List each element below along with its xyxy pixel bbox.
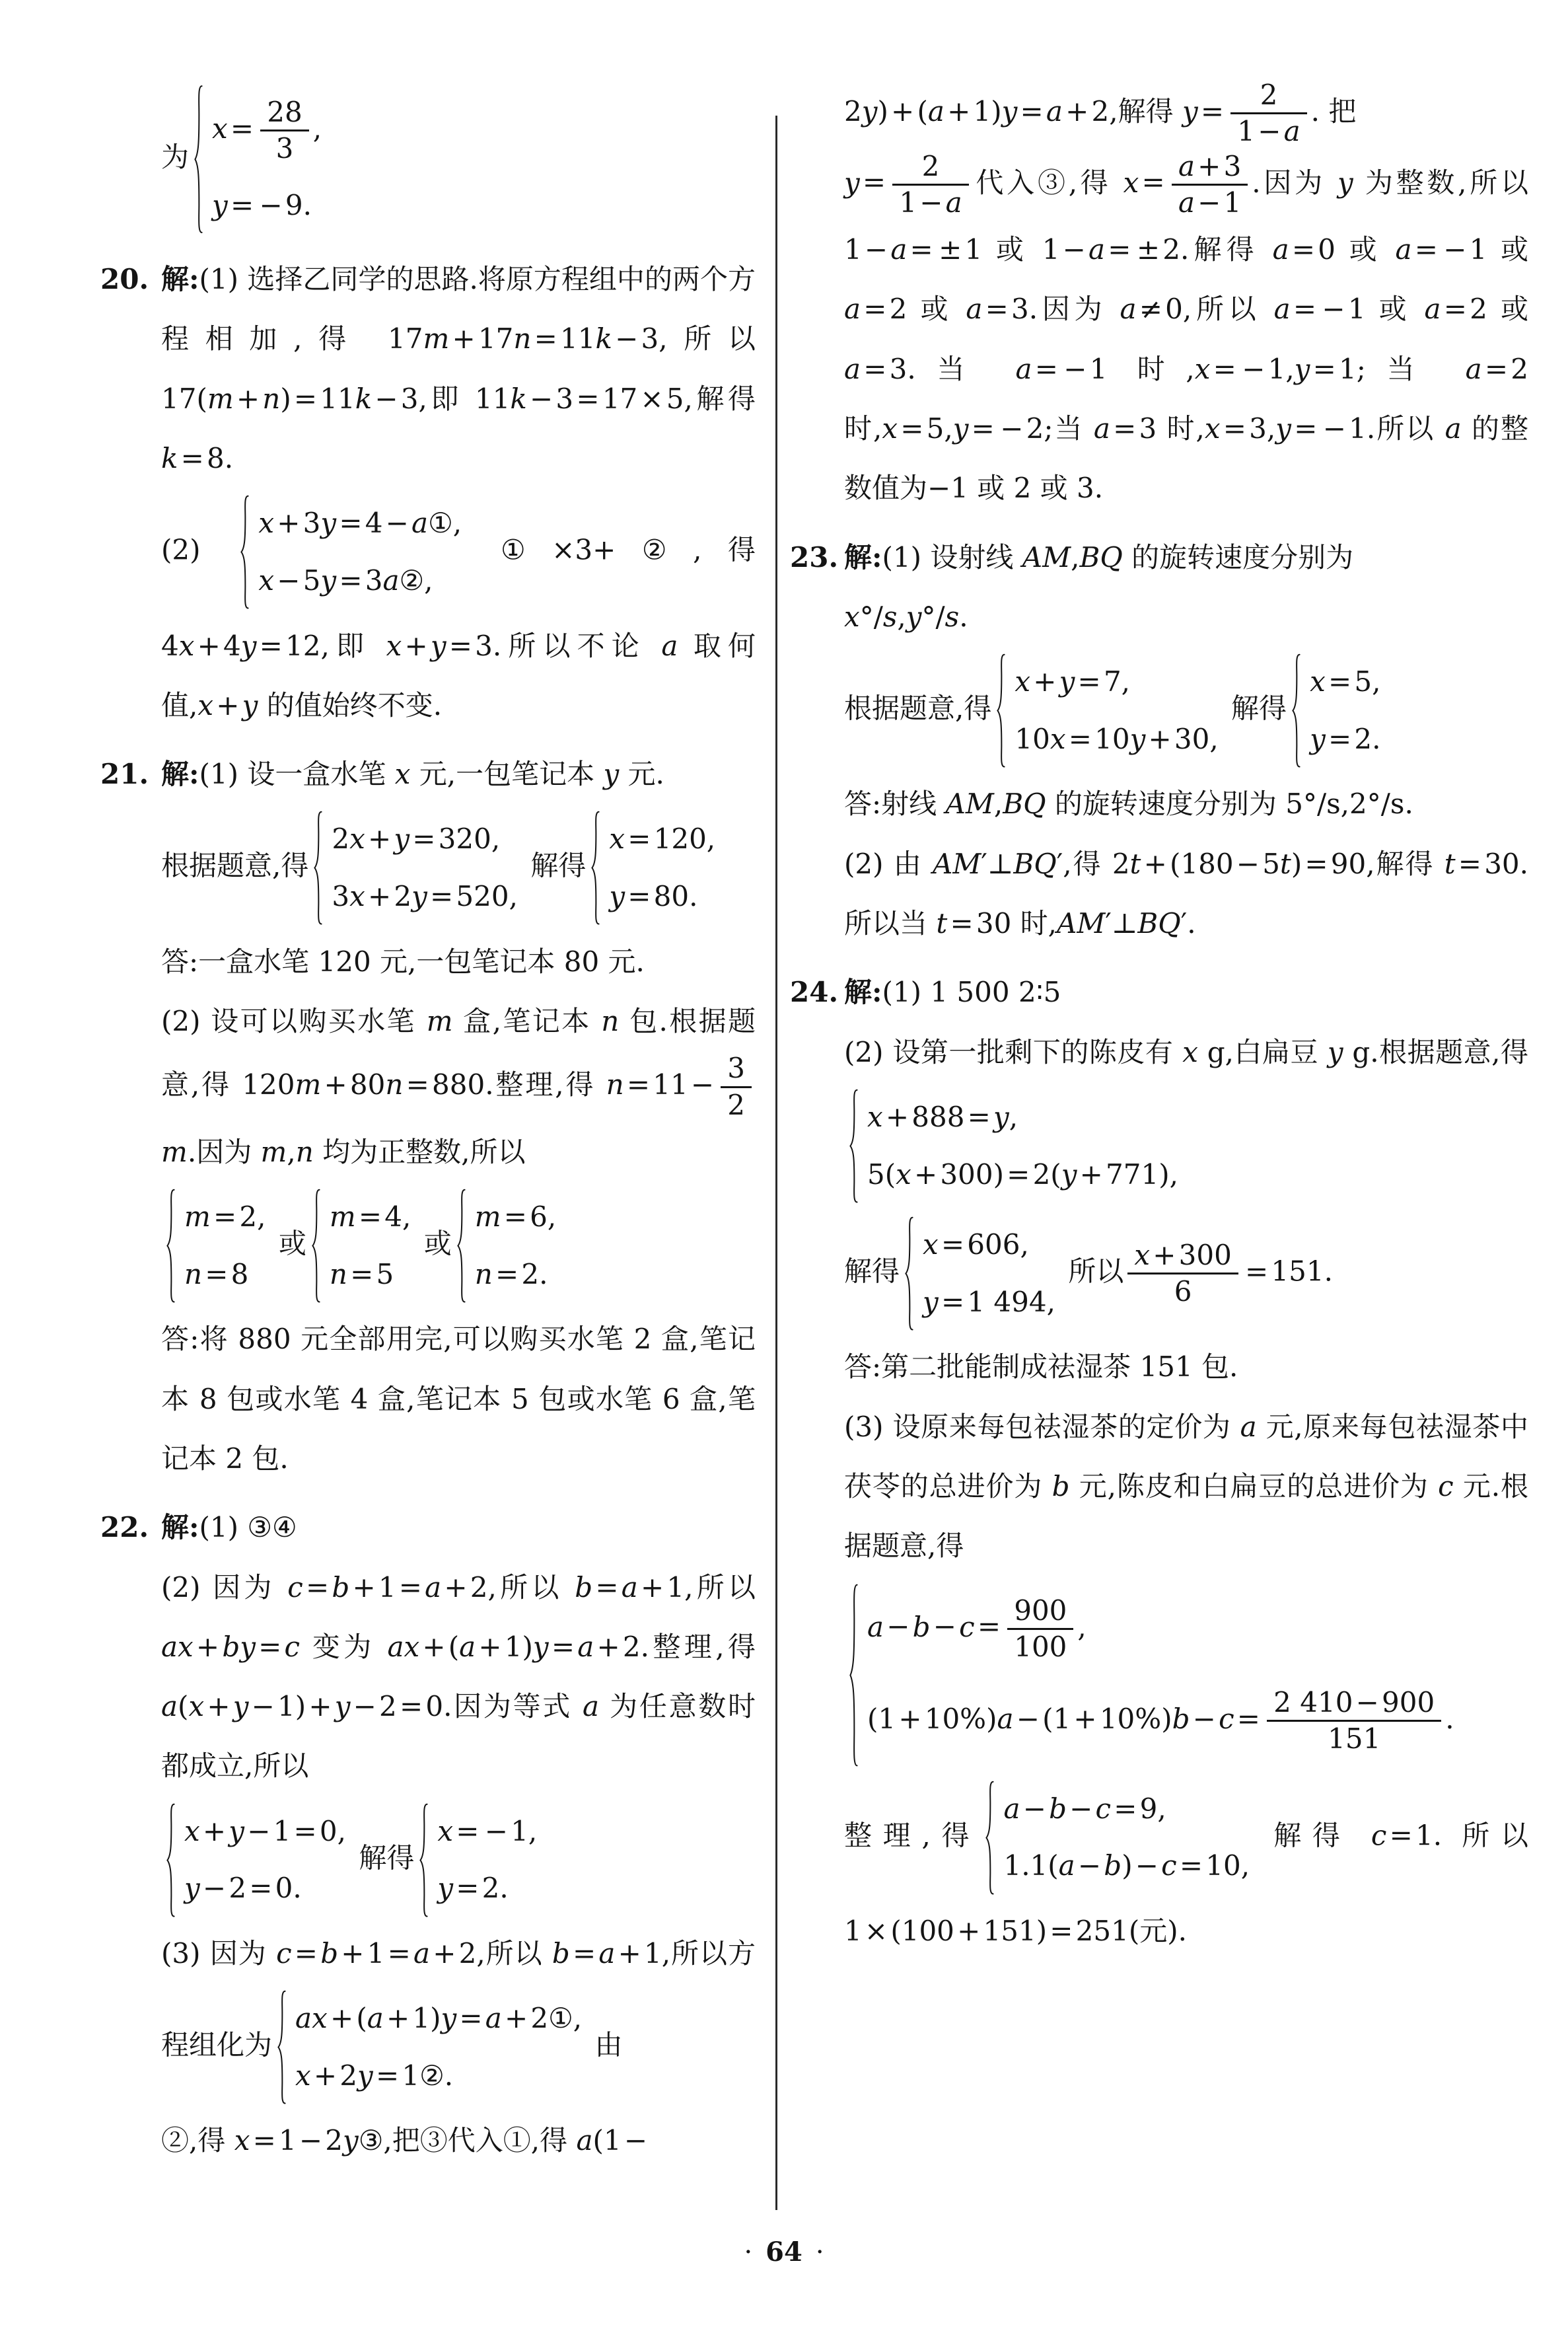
math-run: 1.1(a−b)−c=10, xyxy=(1003,1849,1250,1882)
math-run: m=6, xyxy=(475,1200,557,1233)
math-run: n xyxy=(601,1005,619,1037)
math-run: y=−9. xyxy=(212,189,312,221)
math-run: x=−1,y=1; xyxy=(1195,353,1366,385)
footer-dot-right: · xyxy=(809,2237,831,2268)
equation-row: x=5, xyxy=(1310,653,1380,711)
math-run: y=2. xyxy=(437,1872,508,1904)
math-run: n=11− xyxy=(606,1068,717,1101)
math-run: y= xyxy=(1182,95,1227,128)
math-run: 17(m+n)=11k−3 xyxy=(161,383,419,415)
math-run: ax+(a+1)y=a+2. xyxy=(387,1631,649,1663)
text-run: 解得 xyxy=(350,1841,414,1874)
math-run: k=8. xyxy=(161,442,233,474)
left-brace-icon xyxy=(312,811,324,925)
problem-number: 21. xyxy=(100,745,149,804)
text-run: 根据题意,得 xyxy=(161,850,308,882)
left-brace-icon xyxy=(848,1089,859,1203)
math-run: x xyxy=(1182,1036,1198,1068)
equation-row: x+3y=4−a①, xyxy=(258,495,462,552)
solution-block-20: 20.解:(1) 选择乙同学的思路.将原方程组中的两个方程相加,得 17m+17… xyxy=(100,250,756,735)
text-run: 元,一包笔记本 xyxy=(410,758,603,790)
text-run: 解得 xyxy=(1254,1819,1371,1851)
text-run: 或 xyxy=(907,293,966,325)
math-run: y=80. xyxy=(609,880,697,912)
column-divider xyxy=(775,116,777,2210)
equation-row: x=120, xyxy=(609,811,715,868)
equation-row: x=606, xyxy=(923,1216,1055,1274)
math-run: c=1. xyxy=(1371,1819,1442,1851)
text-run: (3) 设原来每包祛湿茶的定价为 xyxy=(844,1411,1240,1443)
equation-row: x+y−1=0, xyxy=(184,1803,346,1861)
equation-system: m=2,n=8 xyxy=(165,1189,266,1303)
equation-row: y=2. xyxy=(437,1860,537,1917)
solution-keyword: 解: xyxy=(844,976,882,1008)
math-run: b xyxy=(1052,1470,1070,1502)
math-run: a=3. xyxy=(844,353,916,385)
math-run: x=3,y=−1. xyxy=(1205,412,1375,445)
math-run: a=2 xyxy=(1425,293,1487,325)
math-run: y xyxy=(603,758,619,790)
math-run: AM,BQ xyxy=(946,788,1046,820)
math-run: a(1− xyxy=(576,2124,650,2157)
text-run: 代入③,得 xyxy=(973,166,1123,198)
equation-system: x=120,y=80. xyxy=(590,811,715,925)
text-run: 答:将 880 元全部用完,可以购买水笔 2 盒,笔记本 8 包或水笔 4 盒,… xyxy=(161,1323,756,1475)
solution-keyword: 解: xyxy=(161,1511,199,1543)
left-column: 为x=283,y=−9.20.解:(1) 选择乙同学的思路.将原方程组中的两个方… xyxy=(100,78,756,2180)
text-run: 元,陈皮和白扁豆的总进价为 xyxy=(1069,1470,1438,1502)
math-run: x−5y=3a xyxy=(258,564,399,597)
text-run: 盒,笔记本 xyxy=(453,1005,602,1037)
fraction: x+3006 xyxy=(1127,1238,1238,1310)
math-run: 120m+80n=880. xyxy=(242,1068,493,1101)
left-brace-icon xyxy=(1291,653,1302,768)
text-run: ,所以 xyxy=(488,1571,575,1604)
text-run: ③,把③代入①,得 xyxy=(359,2124,577,2157)
equation-system: x+y=7,10x=10y+30, xyxy=(995,653,1218,768)
fraction: a+3a−1 xyxy=(1172,149,1248,221)
page-number: 64 xyxy=(759,2236,809,2268)
text-run: (1) 设射线 xyxy=(882,541,1022,573)
text-run: 解得 xyxy=(522,850,586,882)
text-run: 答:第二批能制成祛湿茶 151 包. xyxy=(844,1350,1238,1383)
solution-block-23: 23.解:(1) 设射线 AM,BQ 的旋转速度分别为x°/s,y°/s.根据题… xyxy=(790,528,1528,954)
equation-row: x−5y=3a②, xyxy=(258,552,462,610)
math-run: 2y)+(a+1)y=a+2 xyxy=(844,95,1109,128)
footer-dot-left: · xyxy=(737,2237,759,2268)
text-run: (1) 设一盒水笔 xyxy=(199,758,395,790)
text-run: ②. xyxy=(419,2059,453,2092)
text-run: 为 xyxy=(161,141,189,173)
math-run: b=a+1 xyxy=(552,1937,662,1970)
text-run: 因为 xyxy=(196,1136,260,1168)
text-run: 因为 xyxy=(1038,293,1120,325)
math-run: x+3y=4−a xyxy=(258,507,428,539)
equation-row: y=80. xyxy=(609,868,715,926)
math-run: a=−1 xyxy=(1015,353,1107,385)
equation-row: 1.1(a−b)−c=10, xyxy=(1003,1837,1250,1895)
text-run: ①, xyxy=(548,2002,582,2034)
equation-row: y=−9. xyxy=(212,177,322,235)
text-run: ,所以 xyxy=(476,1937,552,1970)
text-run: 根据题意,得 xyxy=(844,692,991,725)
left-brace-icon xyxy=(984,1781,995,1895)
equation-row: n=2. xyxy=(475,1246,557,1304)
math-run: a=2 xyxy=(844,293,907,325)
text-run: ,解得 xyxy=(1109,95,1182,128)
math-run: x=1−2y xyxy=(234,2124,359,2157)
math-run: AM,BQ xyxy=(1022,541,1123,573)
math-run: x=120, xyxy=(609,823,715,855)
text-run: ②,得 xyxy=(161,2124,234,2157)
math-run: , xyxy=(313,112,322,145)
problem-number: 22. xyxy=(100,1498,149,1557)
equation-row: a−b−c=900100, xyxy=(867,1583,1454,1676)
solution-keyword: 解: xyxy=(161,758,199,790)
text-run: 为整数,所以 xyxy=(1353,166,1528,198)
equation-row: x=−1, xyxy=(437,1803,537,1861)
text-run: 当 xyxy=(1366,353,1466,385)
math-run: . xyxy=(1445,1703,1454,1735)
equation-row: 5(x+300)=2(y+771), xyxy=(867,1146,1178,1204)
equation-row: x+y=7, xyxy=(1015,653,1218,711)
text-run: ,得 xyxy=(1063,848,1112,880)
math-run: y=1 494, xyxy=(923,1286,1055,1318)
text-run: 答:一盒水笔 120 元,一包笔记本 80 元. xyxy=(161,945,645,978)
equation-system: a−b−c=9,1.1(a−b)−c=10, xyxy=(984,1781,1250,1895)
equation-system: 2x+y=320,3x+2y=520, xyxy=(312,811,518,925)
text-run: 因为 xyxy=(1261,166,1337,198)
math-run: =151. xyxy=(1242,1255,1333,1288)
fraction: 2 410−900151 xyxy=(1267,1685,1441,1757)
text-run: g,白扁豆 xyxy=(1198,1036,1328,1068)
math-run: 17m+17n=11k−3 xyxy=(388,322,659,355)
math-run: c=b+1=a+2 xyxy=(276,1937,476,1970)
right-column: 2y)+(a+1)y=a+2,解得 y=21−a. 把y=21−a代入③,得 x… xyxy=(790,78,1528,1970)
math-run: (1+10%)a−(1+10%)b−c= xyxy=(867,1703,1263,1735)
equation-row: x+2y=1②. xyxy=(295,2048,582,2105)
equation-system: x+888=y,5(x+300)=2(y+771), xyxy=(848,1089,1178,1203)
math-run: x xyxy=(395,758,411,790)
math-run: 4x+4y=12 xyxy=(161,630,321,662)
equation-row: 2x+y=320, xyxy=(332,811,518,868)
fraction: 283 xyxy=(260,95,308,166)
math-run: c=b+1=a+2 xyxy=(287,1571,487,1604)
math-run: a−b−c=9, xyxy=(1003,1792,1166,1825)
math-run: AM′⊥BQ′ xyxy=(933,848,1063,880)
text-run: ①, xyxy=(428,507,462,539)
left-brace-icon xyxy=(239,495,250,609)
fraction: 21−a xyxy=(892,149,968,221)
math-run: x°/s,y°/s. xyxy=(844,601,968,633)
equation-row: m=6, xyxy=(475,1189,557,1246)
text-run: 时, xyxy=(1157,412,1205,445)
math-run: x= xyxy=(212,112,256,145)
math-run: m=4, xyxy=(330,1200,411,1233)
math-run: 1−a=±1 xyxy=(844,233,982,266)
text-run: 答:射线 xyxy=(844,788,946,820)
fraction: 21−a xyxy=(1230,78,1306,149)
equation-row: n=8 xyxy=(184,1246,266,1304)
equation-row: 3x+2y=520, xyxy=(332,868,518,926)
text-run: 当 xyxy=(916,353,1016,385)
text-run: 时, xyxy=(1107,353,1194,385)
math-run: m. xyxy=(161,1136,196,1168)
text-run: 所以 xyxy=(1375,412,1444,445)
equation-system: x=283,y=−9. xyxy=(193,85,322,234)
equation-system: ax+(a+1)y=a+2①,x+2y=1②. xyxy=(276,1990,582,2104)
fraction: 32 xyxy=(721,1051,752,1123)
answer-page: 为x=283,y=−9.20.解:(1) 选择乙同学的思路.将原方程组中的两个方… xyxy=(0,0,1568,2325)
equation-row: (1+10%)a−(1+10%)b−c=2 410−900151. xyxy=(867,1675,1454,1767)
text-run: 把 xyxy=(1320,95,1356,128)
text-run: 由 xyxy=(586,2029,622,2061)
text-run: ,所以 xyxy=(684,1571,756,1604)
equation-system: x=−1,y=2. xyxy=(418,1803,537,1917)
equation-system: x+y−1=0,y−2=0. xyxy=(165,1803,346,1917)
text-run: 变为 xyxy=(300,1631,387,1663)
left-brace-icon xyxy=(418,1803,429,1917)
text-run: 解得 xyxy=(844,1255,900,1288)
math-run: x=5,y=−2; xyxy=(882,412,1053,445)
equation-row: x=283, xyxy=(212,85,322,177)
math-run: a xyxy=(583,1690,599,1722)
math-run: x+y=3. xyxy=(386,630,502,662)
math-run: m=2, xyxy=(184,1200,266,1233)
math-run: y xyxy=(1328,1036,1343,1068)
math-run: x+y xyxy=(197,689,258,721)
text-run: (2) 设第一批剩下的陈皮有 xyxy=(844,1036,1182,1068)
equation-system: m=6,n=2. xyxy=(456,1189,557,1303)
left-brace-icon xyxy=(165,1189,176,1303)
text-run: 所以当 xyxy=(844,907,936,940)
fraction: 900100 xyxy=(1007,1594,1073,1665)
math-run: x=606, xyxy=(923,1228,1029,1261)
text-run: ,所以 xyxy=(1183,293,1274,325)
text-run: 均为正整数,所以 xyxy=(314,1136,526,1168)
continuation-block: 为x=283,y=−9. xyxy=(100,78,756,240)
text-run: 或 xyxy=(1487,233,1528,266)
equation-row: n=5 xyxy=(330,1246,411,1304)
math-run: a=3 xyxy=(1094,412,1157,445)
continuation-block: 2y)+(a+1)y=a+2,解得 y=21−a. 把y=21−a代入③,得 x… xyxy=(790,78,1528,519)
math-run: 1×(100+151)=251 xyxy=(844,1915,1129,1947)
math-run: a xyxy=(1240,1411,1257,1443)
text-run: (2) 由 xyxy=(844,848,933,880)
equation-row: x+888=y, xyxy=(867,1089,1178,1146)
math-run: . xyxy=(1311,95,1320,128)
text-run: 因为等式 xyxy=(452,1690,583,1722)
left-brace-icon xyxy=(848,1583,859,1767)
text-run: 解得 xyxy=(1189,233,1272,266)
equation-row: ax+(a+1)y=a+2①, xyxy=(295,1990,582,2048)
text-run: 时, xyxy=(1011,907,1057,940)
math-run: 10x=10y+30, xyxy=(1015,723,1218,755)
text-run: 或 xyxy=(982,233,1042,266)
text-run: ,即 xyxy=(321,630,386,662)
text-run: 元. xyxy=(619,758,664,790)
math-run: x+888=y, xyxy=(867,1101,1018,1133)
math-run: t=30 xyxy=(936,907,1011,940)
solution-keyword: 解: xyxy=(161,263,199,295)
solution-block-22: 22.解:(1) ③④(2) 因为 c=b+1=a+2,所以 b=a+1,所以 … xyxy=(100,1498,756,2170)
text-run: 或 xyxy=(1487,293,1528,325)
text-run: (2) 因为 xyxy=(161,1571,287,1604)
math-run: AM′⊥BQ′. xyxy=(1057,907,1196,940)
left-brace-icon xyxy=(904,1216,915,1331)
text-run: 所以 xyxy=(1442,1819,1528,1851)
problem-number: 20. xyxy=(100,250,149,309)
text-run: ,解得 xyxy=(684,383,756,415)
math-run: a=−1 xyxy=(1274,293,1366,325)
math-run: x=5, xyxy=(1310,665,1380,698)
left-brace-icon xyxy=(193,85,204,234)
text-run: (3) 因为 xyxy=(161,1937,276,1970)
math-run: a(x+y−1)+y−2=0. xyxy=(161,1690,452,1722)
left-brace-icon xyxy=(456,1189,467,1303)
text-run: 或 xyxy=(270,1228,306,1260)
equation-row: y=1 494, xyxy=(923,1274,1055,1331)
text-run: ,解得 xyxy=(1366,848,1444,880)
math-run: n=2. xyxy=(475,1258,548,1290)
math-run: ax+(a+1)y=a+2 xyxy=(295,2002,548,2034)
text-run: 整理,得 xyxy=(649,1631,756,1663)
equation-system: a−b−c=900100,(1+10%)a−(1+10%)b−c=2 410−9… xyxy=(848,1583,1454,1767)
equation-system: x=5,y=2. xyxy=(1291,653,1380,768)
math-run: a=0 xyxy=(1273,233,1336,266)
text-run: 的旋转速度分别为 xyxy=(1123,541,1353,573)
math-run: . xyxy=(1252,166,1260,198)
text-run: 或 xyxy=(1366,293,1425,325)
left-brace-icon xyxy=(310,1189,322,1303)
math-run: y xyxy=(1337,166,1353,198)
text-run: (2) 设可以购买水笔 xyxy=(161,1005,427,1037)
text-run: ,即 xyxy=(419,383,475,415)
solution-keyword: 解: xyxy=(844,541,882,573)
text-run: g.根据题意,得 xyxy=(1343,1036,1528,1068)
text-run: 或 xyxy=(415,1228,451,1260)
text-run: 当 xyxy=(1053,412,1094,445)
text-run: ①×3+②,得 xyxy=(466,534,756,566)
text-run: 或 xyxy=(1336,233,1395,266)
math-run: m xyxy=(427,1005,453,1037)
math-run: y=2. xyxy=(1310,723,1380,755)
text-run: 所以不论 xyxy=(501,630,661,662)
problem-number: 23. xyxy=(790,528,838,587)
equation-row: y−2=0. xyxy=(184,1860,346,1917)
math-run: a−b−c= xyxy=(867,1610,1003,1642)
math-run: x+2y=1 xyxy=(295,2059,419,2092)
math-run: x+y=7, xyxy=(1015,665,1130,698)
text-run: 的旋转速度分别为 5°/s,2°/s. xyxy=(1046,788,1413,820)
math-run: a≠0 xyxy=(1120,293,1182,325)
math-run: b=a+1 xyxy=(575,1571,684,1604)
math-run: a=−1 xyxy=(1395,233,1487,266)
text-run: (1) 1 500 2∶5 xyxy=(882,976,1061,1008)
equation-system: m=4,n=5 xyxy=(310,1189,411,1303)
math-run: n=5 xyxy=(330,1258,394,1290)
math-run: 3x+2y=520, xyxy=(332,880,518,912)
solution-block-21: 21.解:(1) 设一盒水笔 x 元,一包笔记本 y 元.根据题意,得2x+y=… xyxy=(100,745,756,1489)
text-run: (2) xyxy=(161,534,235,566)
math-run: y−2=0. xyxy=(184,1872,302,1904)
math-run: , xyxy=(1077,1610,1086,1642)
equation-row: m=2, xyxy=(184,1189,266,1246)
text-run: (1) ③④ xyxy=(199,1511,297,1543)
math-run: x=−1, xyxy=(437,1815,537,1847)
solution-block-24: 24.解:(1) 1 500 2∶5(2) 设第一批剩下的陈皮有 x g,白扁豆… xyxy=(790,963,1528,1961)
math-run: x= xyxy=(1123,166,1168,198)
math-run: x+y−1=0, xyxy=(184,1815,346,1847)
equation-system: x=606,y=1 494, xyxy=(904,1216,1055,1331)
math-run: ax+by=c xyxy=(161,1631,300,1663)
text-run: 时, xyxy=(844,412,882,445)
math-run: a xyxy=(661,630,678,662)
math-run: y= xyxy=(844,166,888,198)
text-run: ,所以 xyxy=(659,322,756,355)
text-run: 整理,得 xyxy=(844,1819,980,1851)
equation-row: a−b−c=9, xyxy=(1003,1781,1250,1838)
math-run: a=3. xyxy=(966,293,1038,325)
math-run: 2x+y=320, xyxy=(332,823,500,855)
text-run: 整理,得 xyxy=(494,1068,606,1101)
left-brace-icon xyxy=(165,1803,176,1917)
math-run: a=2 xyxy=(1466,353,1528,385)
math-run: a xyxy=(1445,412,1462,445)
equation-row: 10x=10y+30, xyxy=(1015,711,1218,768)
math-run: m,n xyxy=(261,1136,314,1168)
text-run: (元). xyxy=(1129,1915,1187,1947)
equation-system: x+3y=4−a①,x−5y=3a②, xyxy=(239,495,462,609)
text-run: 所以 xyxy=(1059,1255,1123,1288)
math-run: 2t+(180−5t)=90 xyxy=(1112,848,1366,880)
equation-row: y=2. xyxy=(1310,711,1380,768)
text-run: 解得 xyxy=(1223,692,1287,725)
text-run: ②, xyxy=(400,564,433,597)
page-footer: ·64· xyxy=(0,2236,1568,2268)
math-run: c xyxy=(1438,1470,1454,1502)
equation-row: m=4, xyxy=(330,1189,411,1246)
left-brace-icon xyxy=(995,653,1007,768)
problem-number: 24. xyxy=(790,963,838,1022)
left-brace-icon xyxy=(590,811,601,925)
math-run: n=8 xyxy=(184,1258,248,1290)
math-run: 1−a=±2. xyxy=(1042,233,1190,266)
math-run: t=30. xyxy=(1444,848,1528,880)
left-brace-icon xyxy=(276,1990,287,2104)
math-run: 11k−3=17×5 xyxy=(475,383,684,415)
text-run: 的值始终不变. xyxy=(258,689,442,721)
math-run: 5(x+300)=2(y+771), xyxy=(867,1158,1178,1191)
